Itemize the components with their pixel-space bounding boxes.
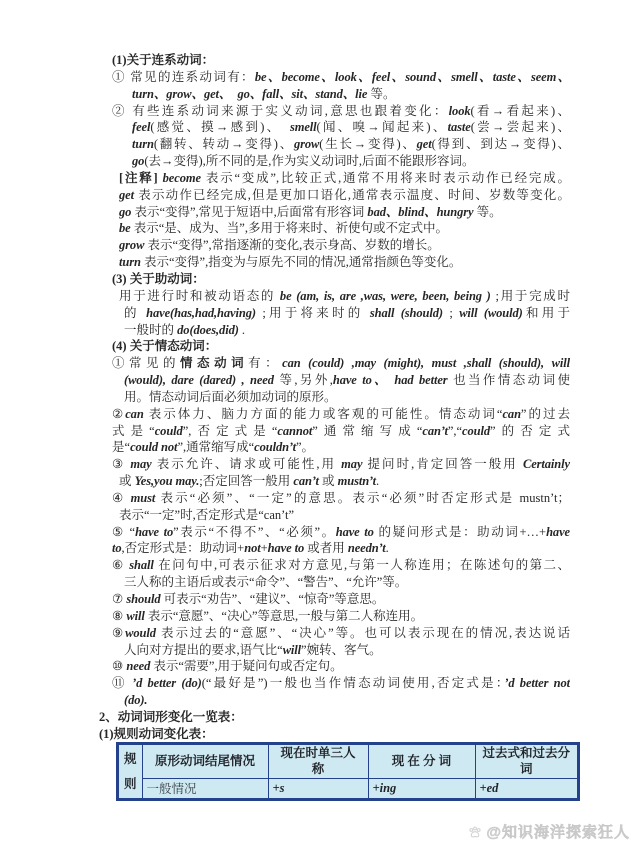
text-run: ;用于完成时 xyxy=(491,289,570,303)
doc-line: 人向对方提出的要求,语气比“will”婉转、客气。 xyxy=(124,642,570,659)
text-run: cannot xyxy=(277,424,312,438)
watermark: @知识海洋探索狂人 xyxy=(467,821,630,842)
text-run: Certainly xyxy=(523,457,570,471)
text-run: will (would) xyxy=(459,306,523,320)
text-run: could xyxy=(462,424,490,438)
text-run: feel xyxy=(132,120,150,134)
text-run: 表示允许、请求或可能性,用 xyxy=(152,457,342,471)
table-header-present-participle: 现 在 分 词 xyxy=(368,744,475,778)
doc-line: (3) 关于助动词： xyxy=(112,271,570,288)
text-run: 的 xyxy=(124,306,146,320)
doc-line: ①常见的情态动词有：can (could) ,may (might), must… xyxy=(112,355,570,372)
text-run: 表示“是、成为、当”,多用于将来时、祈使句或不定式中。 xyxy=(131,221,448,235)
text-run: shall xyxy=(129,558,154,572)
text-run: ⑧ xyxy=(112,609,126,623)
document-page: (1)关于连系动词：① 常见的连系动词有：be、become、look、feel… xyxy=(0,0,640,856)
text-run: grow xyxy=(119,238,144,252)
doc-line: 用于进行时和被动语态的 be (am, is, are ,was, were, … xyxy=(119,288,570,305)
text-run: 表示“必须”、“一定”的意思。表示“必须”时否定形式是 mustn’t； xyxy=(155,491,570,505)
text-run: must xyxy=(131,491,156,505)
text-run: ;用于将来时的 xyxy=(256,306,370,320)
text-run: may xyxy=(341,457,362,471)
doc-line: ⑪ ’d better (do)(“最好是”)一般也当作情态动词使用,否定式是：… xyxy=(112,675,570,692)
doc-line: ④ must 表示“必须”、“一定”的意思。表示“必须”时否定形式是 mustn… xyxy=(112,490,570,507)
text-run: 可表示“劝告”、“建议”、“惊奇”等意思。 xyxy=(161,592,385,606)
text-run: turn、grow、get、 go、fall、sit、stand、lie xyxy=(132,87,367,101)
text-run: be xyxy=(119,221,131,235)
text-run: ⑨ xyxy=(112,626,125,640)
text-run: mustn’t xyxy=(338,474,376,488)
text-run: ⑤ “ xyxy=(112,525,135,539)
doc-line: ③ may 表示允许、请求或可能性,用 may 提问时,肯定回答一般用 Cert… xyxy=(112,456,570,473)
table-header-third-person: 现在时单三人 称 xyxy=(268,744,368,778)
text-run: bad、blind、hungry xyxy=(367,205,473,219)
text-run: may xyxy=(130,457,151,471)
text-run: (尝→尝起来)、 xyxy=(471,120,570,134)
doc-text-block: (1)关于连系动词：① 常见的连系动词有：be、become、look、feel… xyxy=(112,52,570,743)
text-run: 也当作情态动词使 xyxy=(448,373,570,387)
doc-line: 表示“一定”时,否定形式是“can’t” xyxy=(119,507,570,524)
text-run: can (could) ,may (might), must ,shall (s… xyxy=(282,356,570,370)
watermark-text: @知识海洋探索狂人 xyxy=(486,821,630,842)
text-run: turn xyxy=(119,255,141,269)
text-run: taste xyxy=(448,120,471,134)
doc-line: ⑨would 表示过去的“意愿”、“决心”等。也可以表示现在的情况,表达说话 xyxy=(112,625,570,642)
text-run: be、become、look、feel、sound、smell、taste、se… xyxy=(255,70,570,84)
doc-line: ① 常见的连系动词有：be、become、look、feel、sound、sme… xyxy=(112,69,570,86)
text-run: do(does,did) xyxy=(177,323,239,337)
table-cell-plus-ed: +ed xyxy=(475,778,578,799)
text-run: 表示“变得”,指变为与原先不同的情况,通常指颜色等变化。 xyxy=(141,255,461,269)
text-run: 表示体力、脑力方面的能力或客观的可能性。情态动词“ xyxy=(144,407,503,421)
text-run: Yes,you may. xyxy=(135,474,200,488)
text-run: look xyxy=(449,104,471,118)
doc-line: 式是“could”,否定式是“cannot”通常缩写成“can’t”,“coul… xyxy=(112,423,570,440)
doc-line: ⑩ need 表示“需要”,用于疑问句或否定句。 xyxy=(112,658,570,675)
table-cell-general-case: 一般情况 xyxy=(142,778,268,799)
doc-line: ⑥ shall 在问句中,可表示征求对方意见,与第一人称连用；在陈述句的第二、 xyxy=(112,557,570,574)
text-run: ⑪ xyxy=(112,676,132,690)
text-run: 或 xyxy=(119,474,135,488)
text-run: ,否定形式是：助动词+ xyxy=(122,541,245,555)
text-run: ⑩ xyxy=(112,659,126,673)
text-run: (1)关于连系动词： xyxy=(112,53,214,67)
doc-line: 用。情态动词后面必须加动词的原形。 xyxy=(124,389,570,406)
text-run: go xyxy=(119,205,131,219)
doc-line: 或 Yes,you may.;否定回答一般用 can’t 或 mustn’t. xyxy=(119,473,570,490)
text-run: 等。 xyxy=(474,205,502,219)
text-run: ”通常缩写成“ xyxy=(312,424,422,438)
text-run: could not xyxy=(130,440,177,454)
text-run: have to xyxy=(135,525,173,539)
doc-line: ⑤ “have to”表示“不得不”、“必须”。have to 的疑问形式是：助… xyxy=(112,524,570,541)
text-run: 有： xyxy=(248,356,282,370)
text-run: grow xyxy=(294,137,319,151)
text-run: 用。情态动词后面必须加动词的原形。 xyxy=(124,390,337,404)
text-run: (1)规则动词变化表： xyxy=(99,727,214,741)
text-run: 一般时的 xyxy=(124,323,177,337)
text-run: (4) 关于情态动词： xyxy=(112,339,217,353)
doc-line: turn 表示“变得”,指变为与原先不同的情况,通常指颜色等变化。 xyxy=(119,254,570,271)
text-run: (看→看起来)、 xyxy=(471,104,571,118)
text-run: 三人称的主语后或表示“命令”、“警告”、“允许”等。 xyxy=(124,575,407,589)
text-run: ; xyxy=(443,306,459,320)
text-run: can xyxy=(125,407,143,421)
doc-line: 是“could not”,通常缩写成“couldn’t”。 xyxy=(112,439,570,456)
doc-line: (1)关于连系动词： xyxy=(112,52,570,69)
doc-line: (4) 关于情态动词： xyxy=(112,338,570,355)
text-run: ”婉转、客气。 xyxy=(301,643,382,657)
text-run: (do). xyxy=(124,693,147,707)
text-run: become xyxy=(163,171,201,185)
text-run: ① 常见的连系动词有： xyxy=(112,70,255,84)
text-run: 表示“意愿”、“决心”等意思,一般与第二人称连用。 xyxy=(145,609,423,623)
doc-line: 一般时的 do(does,did) . xyxy=(124,322,570,339)
paw-logo-icon xyxy=(467,824,483,840)
text-run: 等。 xyxy=(367,87,395,101)
text-run: 表示过去的“意愿”、“决心”等。也可以表示现在的情况,表达说话 xyxy=(156,626,570,640)
doc-line: go 表示“变得”,常见于短语中,后面常有形容词 bad、blind、hungr… xyxy=(119,204,570,221)
text-run: (“最好是”)一般也当作情态动词使用,否定式是： xyxy=(202,676,505,690)
text-run: ’d better (do) xyxy=(132,676,202,690)
text-run: 表示动作已经完成,但是更加口语化,通常表示温度、时间、岁数等变化。 xyxy=(134,188,570,202)
text-run: 和用于 xyxy=(523,306,570,320)
text-run: . xyxy=(376,474,379,488)
text-run: (翻转、转动→变得)、 xyxy=(154,137,294,151)
doc-line: be 表示“是、成为、当”,多用于将来时、祈使句或不定式中。 xyxy=(119,220,570,237)
text-run: have to xyxy=(336,525,374,539)
text-run: can xyxy=(502,407,520,421)
text-run: 等,另外, xyxy=(274,373,333,387)
text-run: have(has,had,having) xyxy=(146,306,256,320)
text-run: 提问时,肯定回答一般用 xyxy=(362,457,523,471)
text-run: ’d better not xyxy=(504,676,570,690)
text-run: ② xyxy=(112,407,125,421)
text-run: (生长→变得)、 xyxy=(319,137,416,151)
doc-line: [注释] become 表示“变成”,比较正式,通常不用将来时表示动作已经完成。 xyxy=(119,170,570,187)
doc-line: grow 表示“变得”,常指逐渐的变化,表示身高、岁数的增长。 xyxy=(119,237,570,254)
text-run: [注释] xyxy=(119,171,163,185)
text-run: ”表示“不得不”、“必须”。 xyxy=(173,525,336,539)
text-run: ”,通常缩写成“ xyxy=(177,440,254,454)
text-run: 或 xyxy=(319,474,338,488)
text-run: ③ xyxy=(112,457,130,471)
text-run: needn’t xyxy=(348,541,386,555)
text-run: get xyxy=(119,188,134,202)
text-run: (3) 关于助动词： xyxy=(112,272,205,286)
doc-line: (would), dare (dared) , need 等,另外,have t… xyxy=(124,372,570,389)
text-run: (闻、嗅→闻起来)、 xyxy=(317,120,448,134)
text-run: can’t xyxy=(422,424,447,438)
text-run: 表示“需要”,用于疑问句或否定句。 xyxy=(150,659,342,673)
text-run: would xyxy=(125,626,156,640)
text-run: turn xyxy=(132,137,154,151)
text-run: . xyxy=(386,541,389,555)
text-run: be (am, is, are ,was, were, been, being … xyxy=(280,289,491,303)
regular-verb-table-wrap: 规 则 原形动词结尾情况 现在时单三人 称 现 在 分 词 过去式和过去分 词 … xyxy=(117,743,579,800)
text-run: 或者用 xyxy=(304,541,348,555)
doc-line: 三人称的主语后或表示“命令”、“警告”、“允许”等。 xyxy=(124,574,570,591)
text-run: . xyxy=(239,323,245,337)
text-run: have xyxy=(546,525,570,539)
text-run: not xyxy=(244,541,260,555)
text-run: ”。 xyxy=(296,440,314,454)
doc-line: ⑦ should 可表示“劝告”、“建议”、“惊奇”等意思。 xyxy=(112,591,570,608)
doc-line: (do). xyxy=(124,692,570,709)
table-header-base-form: 原形动词结尾情况 xyxy=(142,744,268,778)
text-run: 表示“一定”时,否定形式是“can’t” xyxy=(119,508,294,522)
text-run: should xyxy=(126,592,160,606)
doc-line: turn、grow、get、 go、fall、sit、stand、lie 等。 xyxy=(132,86,570,103)
text-run: 用于进行时和被动语态的 xyxy=(119,289,280,303)
text-run: 表示“变得”,常指逐渐的变化,表示身高、岁数的增长。 xyxy=(144,238,439,252)
text-run: get xyxy=(417,137,432,151)
text-run: will xyxy=(283,643,301,657)
table-cell-plus-ing: +ing xyxy=(368,778,475,799)
doc-line: go(去→变得),所不同的是,作为实义动词时,后面不能跟形容词。 xyxy=(132,153,570,170)
doc-line: feel(感觉、摸→感到)、 smell(闻、嗅→闻起来)、taste(尝→尝起… xyxy=(132,119,570,136)
text-run: ”的过去 xyxy=(521,407,570,421)
text-run: 表示“变成”,比较正式,通常不用将来时表示动作已经完成。 xyxy=(201,171,570,185)
doc-line: ②can 表示体力、脑力方面的能力或客观的可能性。情态动词“can”的过去 xyxy=(112,406,570,423)
text-run: 式是“ xyxy=(112,424,155,438)
regular-verb-table: 规 则 原形动词结尾情况 现在时单三人 称 现 在 分 词 过去式和过去分 词 … xyxy=(117,743,579,800)
text-run: have to、 had better xyxy=(333,373,448,387)
table-row: 一般情况 +s +ing +ed xyxy=(118,778,578,799)
text-run: ”的否定式 xyxy=(490,424,570,438)
text-run: 人向对方提出的要求,语气比“ xyxy=(124,643,283,657)
text-run: (去→变得),所不同的是,作为实义动词时,后面不能跟形容词。 xyxy=(144,154,474,168)
doc-line: to,否定形式是：助动词+not+have to 或者用 needn’t. xyxy=(112,540,570,557)
doc-line: 2、动词词形变化一览表： xyxy=(99,709,570,726)
text-run: ;否定回答一般用 xyxy=(199,474,293,488)
doc-line: ② 有些连系动词来源于实义动词,意思也跟着变化：look(看→看起来)、 xyxy=(112,103,570,120)
text-run: ⑦ xyxy=(112,592,126,606)
text-run: 是“ xyxy=(112,440,130,454)
doc-line: (1)规则动词变化表： xyxy=(99,726,570,743)
doc-line: 的 have(has,had,having) ;用于将来时的 shall (sh… xyxy=(124,305,570,322)
text-run: 情态动词 xyxy=(180,356,248,370)
table-cell-plus-s: +s xyxy=(268,778,368,799)
text-run: couldn’t xyxy=(254,440,296,454)
doc-line: turn(翻转、转动→变得)、grow(生长→变得)、get(得到、到达→变得)… xyxy=(132,136,570,153)
text-run: ”,否定式是“ xyxy=(183,424,278,438)
text-run: ”,“ xyxy=(448,424,462,438)
text-run: (得到、到达→变得)、 xyxy=(432,137,570,151)
text-run: have to xyxy=(268,541,304,555)
text-run: (would), dare (dared) , need xyxy=(124,373,274,387)
text-run: ⑥ xyxy=(112,558,129,572)
text-run: (感觉、摸→感到)、 xyxy=(150,120,290,134)
text-run: will xyxy=(126,609,144,623)
text-run: can’t xyxy=(293,474,318,488)
text-run: 的疑问形式是：助动词+…+ xyxy=(374,525,546,539)
text-run: ④ xyxy=(112,491,131,505)
text-run: + xyxy=(261,541,268,555)
text-run: 表示“变得”,常见于短语中,后面常有形容词 xyxy=(131,205,367,219)
text-run: ② 有些连系动词来源于实义动词,意思也跟着变化： xyxy=(112,104,449,118)
table-header-past-forms: 过去式和过去分 词 xyxy=(475,744,578,778)
text-run: need xyxy=(126,659,150,673)
text-run: shall (should) xyxy=(370,306,443,320)
text-run: could xyxy=(155,424,183,438)
text-run: 2、动词词形变化一览表： xyxy=(99,710,243,724)
text-run: to xyxy=(112,541,122,555)
text-run: ①常见的 xyxy=(112,356,180,370)
text-run: 在问句中,可表示征求对方意见,与第一人称连用；在陈述句的第二、 xyxy=(154,558,570,572)
doc-line: ⑧ will 表示“意愿”、“决心”等意思,一般与第二人称连用。 xyxy=(112,608,570,625)
text-run: smell xyxy=(290,120,317,134)
text-run: go xyxy=(132,154,144,168)
table-cell-rule-label: 规 则 xyxy=(118,744,142,799)
doc-line: get 表示动作已经完成,但是更加口语化,通常表示温度、时间、岁数等变化。 xyxy=(119,187,570,204)
